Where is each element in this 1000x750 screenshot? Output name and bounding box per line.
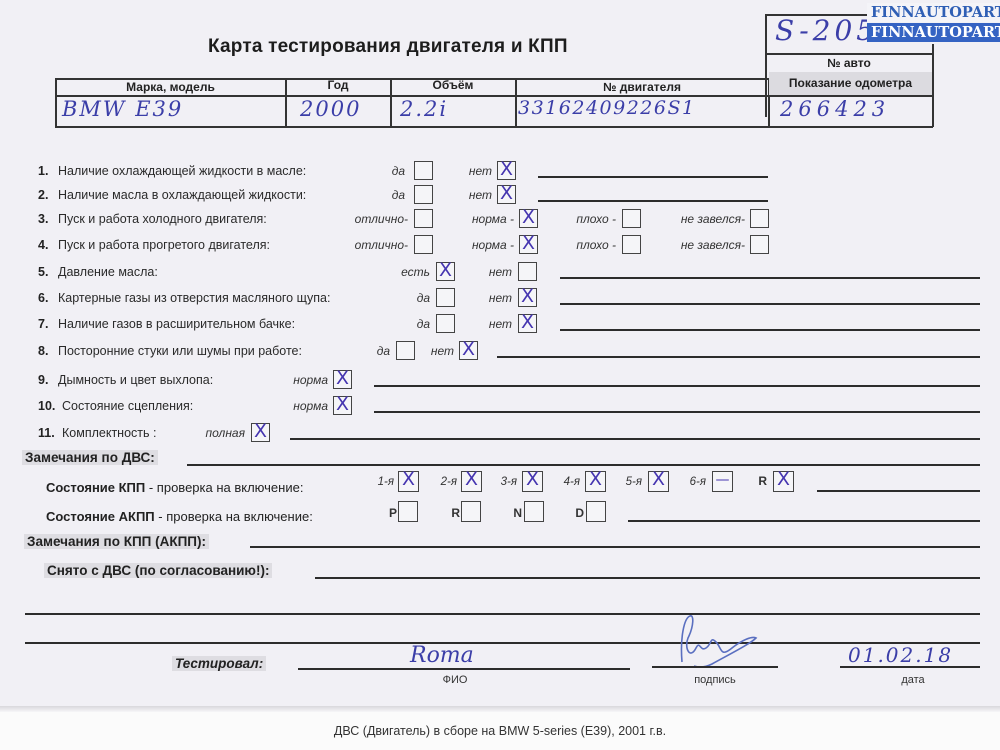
option-label: да	[417, 291, 430, 305]
check-mark-icon: X	[586, 468, 605, 490]
signature-line[interactable]	[652, 666, 778, 668]
gear-checkbox[interactable]: X	[585, 471, 606, 492]
gear-checkbox[interactable]: X	[461, 471, 482, 492]
engine-remarks-label: Замечания по ДВС:	[22, 450, 158, 465]
watermark-logo-inverse: FINNAUTOPARTS	[867, 23, 1000, 42]
option-label: нет	[431, 344, 454, 358]
option-checkbox[interactable]: X	[497, 161, 516, 180]
check-mark-icon: X	[460, 338, 477, 360]
comment-line[interactable]	[560, 303, 980, 305]
option-label: нет	[489, 291, 512, 305]
option-label: отлично-	[355, 212, 408, 226]
question-text: Картерные газы из отверстия масляного щу…	[58, 291, 330, 305]
option-checkbox[interactable]	[436, 288, 455, 307]
check-mark-icon: X	[520, 232, 537, 254]
question-number: 4.	[38, 238, 48, 252]
tester-name: Roma	[410, 643, 474, 668]
option-checkbox[interactable]: X	[518, 314, 537, 333]
option-label: нет	[489, 317, 512, 331]
question-text: Давление масла:	[58, 265, 158, 279]
tester-signature	[660, 608, 780, 672]
tested-by-label: Тестировал:	[172, 656, 266, 671]
question-number: 9.	[38, 373, 48, 387]
watermark-logo: FINNAUTOPARTS	[867, 3, 1000, 22]
option-checkbox[interactable]: X	[333, 396, 352, 415]
comment-line[interactable]	[374, 411, 980, 413]
check-mark-icon: X	[519, 311, 536, 333]
question-text: Комплектность :	[62, 426, 156, 440]
value-engine-number: 33162409226S1	[518, 97, 696, 119]
question-text: Пуск и работа холодного двигателя:	[58, 212, 267, 226]
column-header-engine-number: № двигателя	[516, 80, 768, 94]
comment-line[interactable]	[560, 277, 980, 279]
gear-label: R	[758, 474, 767, 488]
gear-checkbox[interactable]	[461, 501, 481, 522]
option-label: норма	[293, 373, 328, 387]
value-volume: 2.2i	[400, 97, 448, 121]
option-checkbox[interactable]	[396, 341, 415, 360]
gear-checkbox[interactable]	[586, 501, 606, 522]
option-checkbox[interactable]: X	[459, 341, 478, 360]
option-checkbox[interactable]: X	[519, 209, 538, 228]
value-odometer: 266423	[780, 97, 890, 121]
option-checkbox[interactable]	[414, 161, 433, 180]
option-checkbox[interactable]	[414, 235, 433, 254]
option-checkbox[interactable]: X	[497, 185, 516, 204]
engine-remarks-line[interactable]	[187, 464, 980, 466]
question-number: 1.	[38, 164, 48, 178]
option-label: нет	[469, 188, 492, 202]
question-text: Наличие масла в охлаждающей жидкости:	[58, 188, 306, 202]
option-label: не завелся-	[681, 238, 745, 252]
option-label: полная	[206, 426, 245, 440]
option-label: есть	[401, 265, 430, 279]
gear-checkbox[interactable]: X	[398, 471, 419, 492]
option-label: норма	[293, 399, 328, 413]
option-checkbox[interactable]: X	[251, 423, 270, 442]
question-number: 5.	[38, 265, 48, 279]
manual-gearbox-line[interactable]	[817, 490, 980, 492]
option-label: плохо -	[576, 238, 616, 252]
removed-parts-line[interactable]	[315, 577, 980, 579]
check-mark-icon: X	[399, 468, 418, 490]
photo-caption: ДВС (Двигатель) в сборе на BMW 5-series …	[0, 724, 1000, 738]
option-checkbox[interactable]: X	[333, 370, 352, 389]
check-mark-icon: X	[649, 468, 668, 490]
removed-parts-label: Снято с ДВС (по согласованию!):	[44, 563, 272, 578]
date-line[interactable]	[840, 666, 980, 668]
option-label: да	[392, 188, 405, 202]
car-number-label: № авто	[766, 56, 932, 70]
value-year: 2000	[300, 97, 361, 121]
notes-line-2[interactable]	[25, 642, 980, 644]
column-header-odometer: Показание одометра	[769, 76, 932, 90]
comment-line[interactable]	[538, 200, 768, 202]
gear-label: R	[451, 506, 460, 520]
check-mark-icon: X	[498, 158, 515, 180]
option-label: да	[392, 164, 405, 178]
comment-line[interactable]	[538, 176, 768, 178]
option-checkbox[interactable]	[622, 209, 641, 228]
gear-checkbox[interactable]: X	[648, 471, 669, 492]
check-mark-icon: X	[437, 259, 454, 281]
question-number: 11.	[38, 426, 55, 440]
gear-checkbox[interactable]	[524, 501, 544, 522]
option-label: да	[377, 344, 390, 358]
signature-caption: подпись	[660, 674, 770, 686]
question-text: Наличие охлаждающей жидкости в масле:	[58, 164, 306, 178]
gear-label: 6-я	[690, 476, 706, 488]
tester-name-line[interactable]	[298, 668, 630, 670]
gear-checkbox[interactable]: X	[522, 471, 543, 492]
auto-gearbox-line[interactable]	[628, 520, 980, 522]
auto-gearbox-label: Состояние АКПП - проверка на включение:	[46, 509, 313, 524]
gearbox-remarks-label: Замечания по КПП (АКПП):	[24, 534, 209, 549]
option-checkbox[interactable]	[414, 209, 433, 228]
check-mark-icon: X	[519, 285, 536, 307]
gear-label: 1-я	[378, 476, 394, 488]
gear-checkbox[interactable]	[398, 501, 418, 522]
check-mark-icon: X	[462, 468, 481, 490]
option-checkbox[interactable]	[750, 209, 769, 228]
gear-label: 2-я	[441, 476, 457, 488]
question-number: 3.	[38, 212, 48, 226]
option-checkbox[interactable]: X	[518, 288, 537, 307]
gear-checkbox[interactable]: X	[773, 471, 794, 492]
notes-line-1[interactable]	[25, 613, 980, 615]
option-checkbox[interactable]	[750, 235, 769, 254]
option-checkbox[interactable]	[622, 235, 641, 254]
question-text: Наличие газов в расширительном бачке:	[58, 317, 295, 331]
column-header-make-model: Марка, модель	[56, 80, 285, 94]
option-checkbox[interactable]: X	[436, 262, 455, 281]
option-checkbox[interactable]	[518, 262, 537, 281]
question-number: 8.	[38, 344, 48, 358]
question-number: 10.	[38, 399, 55, 413]
option-label: плохо -	[576, 212, 616, 226]
option-label: да	[417, 317, 430, 331]
column-header-volume: Объём	[391, 78, 515, 92]
value-make-model: BMW E39	[62, 97, 183, 121]
question-number: 2.	[38, 188, 48, 202]
gearbox-remarks-line[interactable]	[250, 546, 980, 548]
option-label: не завелся-	[681, 212, 745, 226]
car-number-value: S-205	[775, 14, 878, 47]
dash-mark-icon: —	[713, 472, 732, 488]
check-mark-icon: X	[774, 468, 793, 490]
question-text: Дымность и цвет выхлопа:	[58, 373, 213, 387]
check-mark-icon: X	[334, 393, 351, 415]
test-date: 01.02.18	[848, 643, 953, 667]
gear-label: D	[575, 506, 584, 520]
question-number: 6.	[38, 291, 48, 305]
question-number: 7.	[38, 317, 48, 331]
manual-gearbox-label: Состояние КПП - проверка на включение:	[46, 480, 303, 495]
date-caption: дата	[858, 674, 968, 686]
comment-line[interactable]	[374, 385, 980, 387]
column-header-year: Год	[286, 78, 390, 92]
comment-line[interactable]	[560, 329, 980, 331]
tester-name-caption: ФИО	[400, 674, 510, 686]
gear-checkbox[interactable]: —	[712, 471, 733, 492]
option-label: нет	[489, 265, 512, 279]
question-text: Пуск и работа прогретого двигателя:	[58, 238, 270, 252]
check-mark-icon: X	[252, 420, 269, 442]
option-label: норма -	[472, 238, 514, 252]
check-mark-icon: X	[523, 468, 542, 490]
check-mark-icon: X	[520, 206, 537, 228]
gear-label: 3-я	[501, 476, 517, 488]
question-text: Состояние сцепления:	[62, 399, 193, 413]
question-text: Посторонние стуки или шумы при работе:	[58, 344, 302, 358]
option-checkbox[interactable]	[414, 185, 433, 204]
page-title: Карта тестирования двигателя и КПП	[208, 36, 568, 58]
check-mark-icon: X	[498, 182, 515, 204]
option-checkbox[interactable]	[436, 314, 455, 333]
gear-label: N	[513, 506, 522, 520]
comment-line[interactable]	[290, 438, 980, 440]
gear-label: 5-я	[626, 476, 642, 488]
option-checkbox[interactable]: X	[519, 235, 538, 254]
comment-line[interactable]	[497, 356, 980, 358]
option-label: отлично-	[355, 238, 408, 252]
option-label: норма -	[472, 212, 514, 226]
option-label: нет	[469, 164, 492, 178]
gear-label: P	[389, 506, 397, 520]
check-mark-icon: X	[334, 367, 351, 389]
gear-label: 4-я	[564, 476, 580, 488]
